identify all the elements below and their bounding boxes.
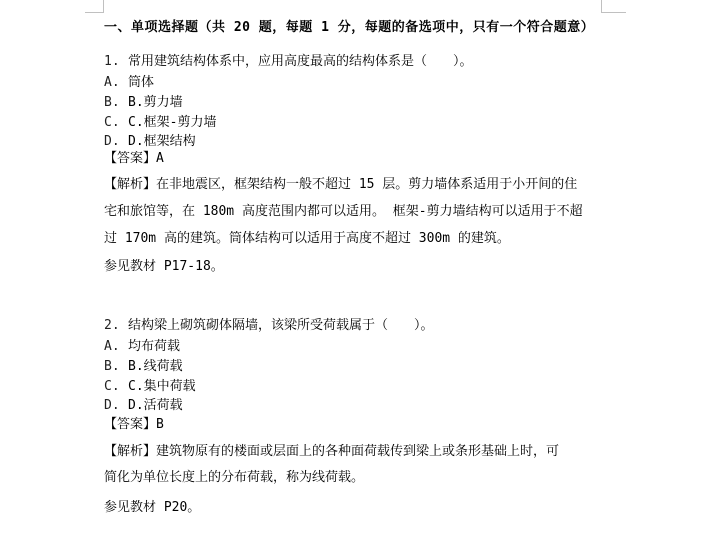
question-2-analysis-line-1: 【解析】建筑物原有的楼面或层面上的各种面荷载传到梁上或条形基础上时，可 [104, 444, 604, 459]
option-text: 筒体 [128, 75, 154, 90]
option-marker: A. [104, 339, 128, 354]
question-1-analysis-line-3: 过 170m 高的建筑。筒体结构可以适用于高度不超过 300m 的建筑。 [104, 231, 604, 246]
option-marker: D. [104, 134, 128, 149]
option-text: C.集中荷载 [128, 379, 196, 394]
question-1-answer: 【答案】A [104, 151, 604, 166]
option-text: B.剪力墙 [128, 95, 183, 110]
question-2-option-d: D.D.活荷载 [104, 398, 604, 413]
option-marker: C. [104, 379, 128, 394]
option-marker: A. [104, 75, 128, 90]
question-1-option-a: A.筒体 [104, 75, 604, 90]
question-2-number: 2. [104, 318, 128, 333]
question-1-analysis-line-2: 宅和旅馆等，在 180m 高度范围内都可以适用。 框架-剪力墙结构可以适用于不超 [104, 204, 604, 219]
question-2-option-b: B.B.线荷载 [104, 359, 604, 374]
question-1-stem: 1.常用建筑结构体系中，应用高度最高的结构体系是（ ）。 [104, 54, 604, 69]
margin-crop-mark-right [601, 0, 626, 13]
question-1-analysis-line-1: 【解析】在非地震区，框架结构一般不超过 15 层。剪力墙体系适用于小开间的住 [104, 177, 604, 192]
option-marker: B. [104, 359, 128, 374]
question-1-option-c: C.C.框架-剪力墙 [104, 115, 604, 130]
question-2-answer: 【答案】B [104, 417, 604, 432]
question-2-stem: 2.结构梁上砌筑砌体隔墙，该梁所受荷载属于（ ）。 [104, 318, 604, 333]
option-text: D.框架结构 [128, 134, 196, 149]
option-text: 均布荷载 [128, 339, 180, 354]
question-2-reference: 参见教材 P20。 [104, 500, 604, 515]
option-text: C.框架-剪力墙 [128, 115, 216, 130]
option-text: B.线荷载 [128, 359, 183, 374]
margin-crop-mark-left [85, 0, 104, 13]
section-heading: 一、单项选择题（共 20 题，每题 1 分，每题的备选项中，只有一个符合题意） [104, 20, 604, 35]
question-2-option-c: C.C.集中荷载 [104, 379, 604, 394]
option-marker: D. [104, 398, 128, 413]
question-1-number: 1. [104, 54, 128, 69]
question-2-text: 结构梁上砌筑砌体隔墙，该梁所受荷载属于（ ）。 [128, 318, 434, 333]
question-2-option-a: A.均布荷载 [104, 339, 604, 354]
option-marker: C. [104, 115, 128, 130]
option-marker: B. [104, 95, 128, 110]
question-1-option-d: D.D.框架结构 [104, 134, 604, 149]
question-1-text: 常用建筑结构体系中，应用高度最高的结构体系是（ ）。 [128, 54, 473, 69]
document-page: 一、单项选择题（共 20 题，每题 1 分，每题的备选项中，只有一个符合题意） … [0, 0, 706, 548]
question-1-option-b: B.B.剪力墙 [104, 95, 604, 110]
question-2-analysis-line-2: 简化为单位长度上的分布荷载，称为线荷载。 [104, 470, 604, 485]
option-text: D.活荷载 [128, 398, 183, 413]
question-1-reference: 参见教材 P17-18。 [104, 259, 604, 274]
